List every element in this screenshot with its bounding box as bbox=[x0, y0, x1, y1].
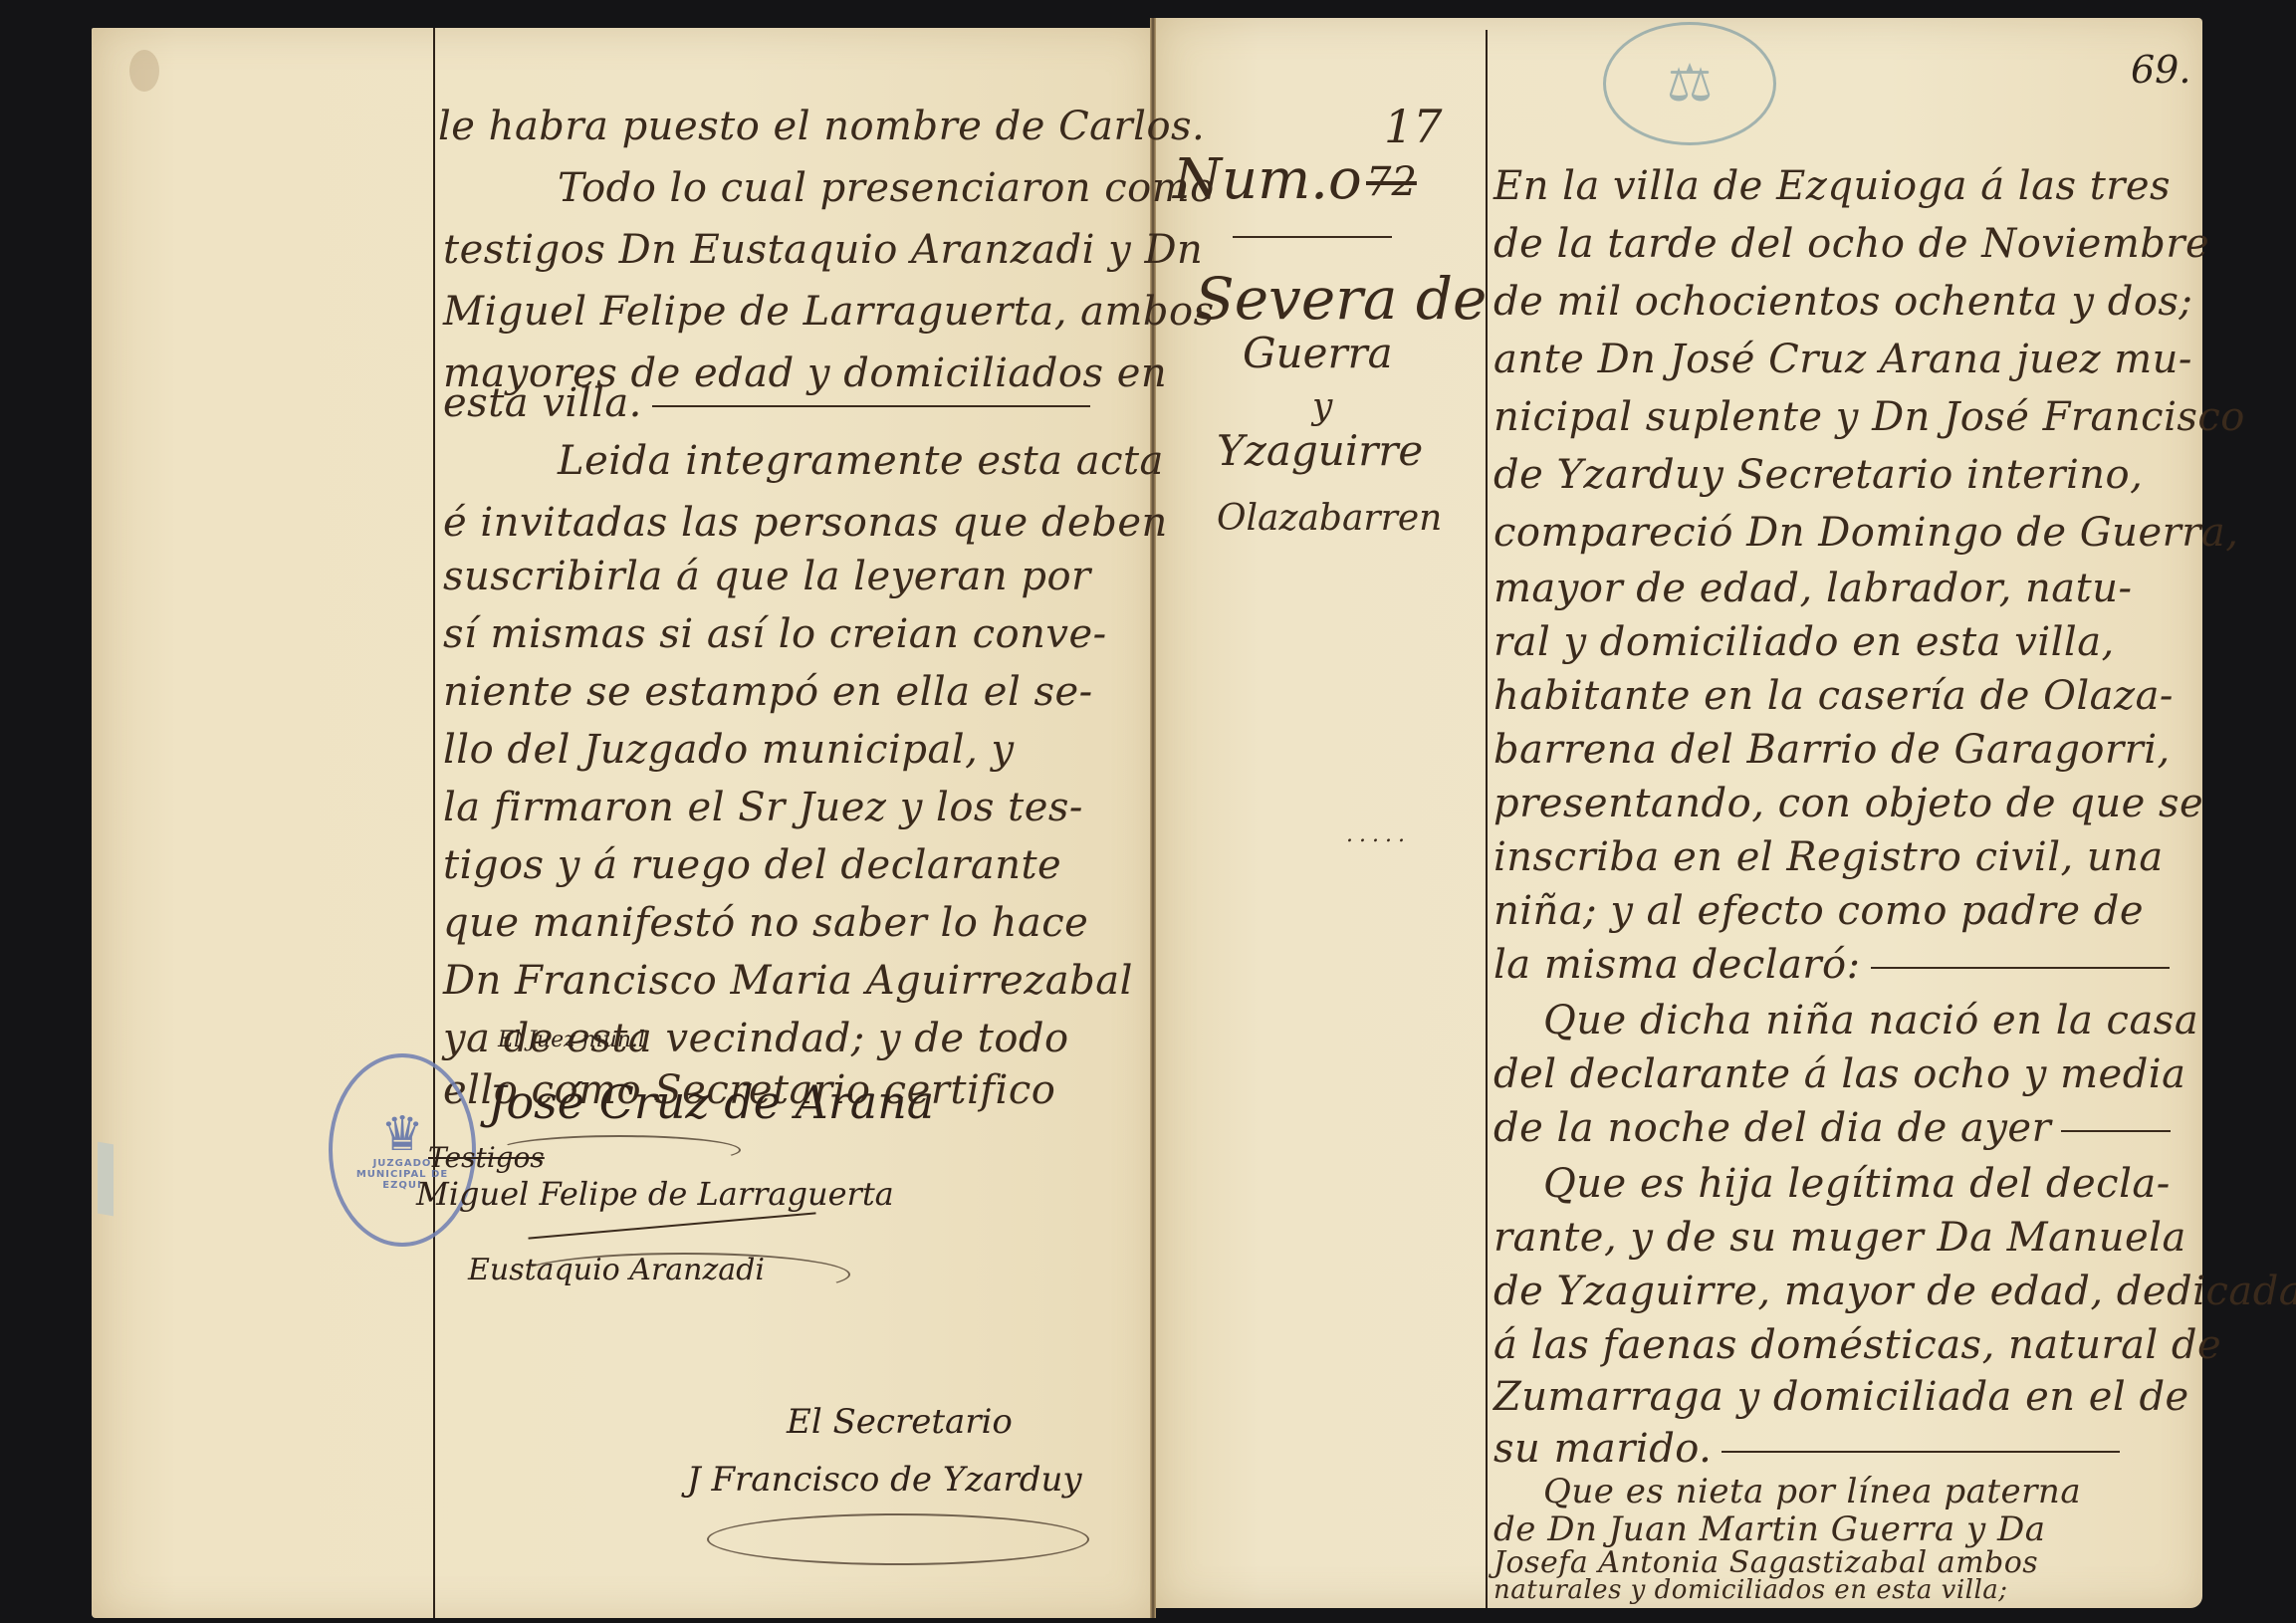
text-line: ante Dn José Cruz Arana juez mu- bbox=[1493, 337, 2192, 382]
text-line: la firmaron el Sr Juez y los tes- bbox=[443, 785, 1083, 830]
text-line: niente se estampó en ella el se- bbox=[443, 669, 1093, 715]
text-line: Que dicha niña nació en la casa bbox=[1543, 998, 2198, 1043]
text-line: niña; y al efecto como padre de bbox=[1493, 888, 2144, 934]
text-line: mayor de edad, labrador, natu- bbox=[1493, 566, 2132, 611]
text-line-text: la misma declaró: bbox=[1493, 942, 1861, 988]
entry-name-line: Severa de bbox=[1195, 265, 1487, 333]
text-line-text: de la noche del dia de ayer bbox=[1493, 1105, 2051, 1151]
signature-flourish bbox=[707, 1513, 1089, 1565]
text-line: de la tarde del ocho de Noviembre bbox=[1493, 221, 2209, 267]
text-line: Dn Francisco Maria Aguirrezabal bbox=[443, 958, 1133, 1004]
text-line: de Yzarduy Secretario interino, bbox=[1493, 452, 2143, 498]
margin-divider bbox=[1233, 236, 1392, 238]
entry-dots: ..... bbox=[1346, 822, 1411, 847]
text-line: suscribirla á que la leyeran por bbox=[443, 554, 1091, 599]
text-line-text: esta villa. bbox=[443, 380, 642, 426]
line-filler bbox=[1722, 1451, 2120, 1453]
text-line: nicipal suplente y Dn José Francisco bbox=[1493, 394, 2245, 440]
text-line: presentando, con objeto de que se bbox=[1493, 781, 2203, 826]
text-line-text: su marido. bbox=[1493, 1426, 1712, 1472]
paper-tab bbox=[98, 1142, 114, 1217]
paper-stain bbox=[129, 50, 159, 92]
text-line: esta villa. bbox=[443, 380, 1090, 426]
entry-number-struck: 72 bbox=[1366, 159, 1417, 205]
entry-name-line: y bbox=[1312, 386, 1332, 427]
text-line: Que es hija legítima del decla- bbox=[1543, 1161, 2171, 1207]
text-line: testigos Dn Eustaquio Aranzadi y Dn bbox=[443, 227, 1203, 273]
text-line: de mil ochocientos ochenta y dos; bbox=[1493, 279, 2192, 325]
judge-title: El Juez mun.l bbox=[498, 1028, 645, 1052]
text-line: habitante en la casería de Olaza- bbox=[1493, 673, 2174, 719]
scales-of-justice-icon: ⚖ bbox=[1667, 58, 1714, 110]
text-line: le habra puesto el nombre de Carlos. bbox=[438, 104, 1205, 149]
secretary-signature: J Francisco de Yzarduy bbox=[687, 1460, 1082, 1500]
text-line: é invitadas las personas que deben bbox=[443, 500, 1168, 546]
entry-number: 17 bbox=[1384, 100, 1443, 153]
text-line: inscriba en el Registro civil, una bbox=[1493, 834, 2164, 880]
folio-number: 69. bbox=[2131, 48, 2190, 92]
juzgado-partido-stamp: ⚖ bbox=[1603, 22, 1776, 145]
signature-flourish bbox=[498, 1135, 741, 1165]
entry-name-line: Olazabarren bbox=[1217, 498, 1442, 539]
text-line: naturales y domiciliados en esta villa; bbox=[1493, 1575, 2008, 1605]
line-filler bbox=[652, 405, 1090, 407]
text-line: sí mismas si así lo creian conve- bbox=[443, 611, 1107, 657]
text-line: En la villa de Ezquioga á las tres bbox=[1493, 163, 2171, 209]
text-line: Que es nieta por línea paterna bbox=[1543, 1472, 2081, 1511]
text-line: barrena del Barrio de Garagorri, bbox=[1493, 727, 2171, 773]
text-line: Miguel Felipe de Larraguerta, ambos bbox=[443, 289, 1215, 335]
text-line: rante, y de su muger Da Manuela bbox=[1493, 1215, 2186, 1261]
judge-signature: José Cruz de Arana bbox=[488, 1075, 934, 1129]
entry-name-line: Yzaguirre bbox=[1217, 426, 1423, 475]
text-line: su marido. bbox=[1493, 1426, 2120, 1472]
text-line: tigos y á ruego del declarante bbox=[443, 842, 1061, 888]
text-line: llo del Juzgado municipal, y bbox=[443, 727, 1015, 773]
witness-1-signature: Miguel Felipe de Larraguerta bbox=[416, 1175, 894, 1213]
text-line: de Dn Juan Martin Guerra y Da bbox=[1493, 1509, 2046, 1549]
text-line: del declarante á las ocho y media bbox=[1493, 1051, 2185, 1097]
text-line: compareció Dn Domingo de Guerra, bbox=[1493, 510, 2238, 556]
entry-number-label: Num.o bbox=[1173, 147, 1362, 212]
line-filler bbox=[2061, 1130, 2171, 1132]
secretary-title: El Secretario bbox=[787, 1402, 1013, 1442]
text-line: de Yzaguirre, mayor de edad, dedicada bbox=[1493, 1269, 2296, 1314]
line-filler bbox=[1871, 967, 2170, 969]
text-line: Leida integramente esta acta bbox=[558, 438, 1164, 484]
text-line: de la noche del dia de ayer bbox=[1493, 1105, 2171, 1151]
text-line: á las faenas domésticas, natural de bbox=[1493, 1322, 2221, 1368]
text-line: la misma declaró: bbox=[1493, 942, 2170, 988]
left-page-margin-rule bbox=[433, 28, 435, 1618]
entry-name-line: Guerra bbox=[1243, 329, 1393, 377]
text-line: ral y domiciliado en esta villa, bbox=[1493, 619, 2115, 665]
text-line: Zumarraga y domiciliada en el de bbox=[1493, 1374, 2189, 1420]
text-line: Todo lo cual presenciaron como bbox=[558, 165, 1215, 211]
text-line: que manifestó no saber lo hace bbox=[443, 900, 1088, 946]
signature-flourish bbox=[518, 1253, 850, 1296]
